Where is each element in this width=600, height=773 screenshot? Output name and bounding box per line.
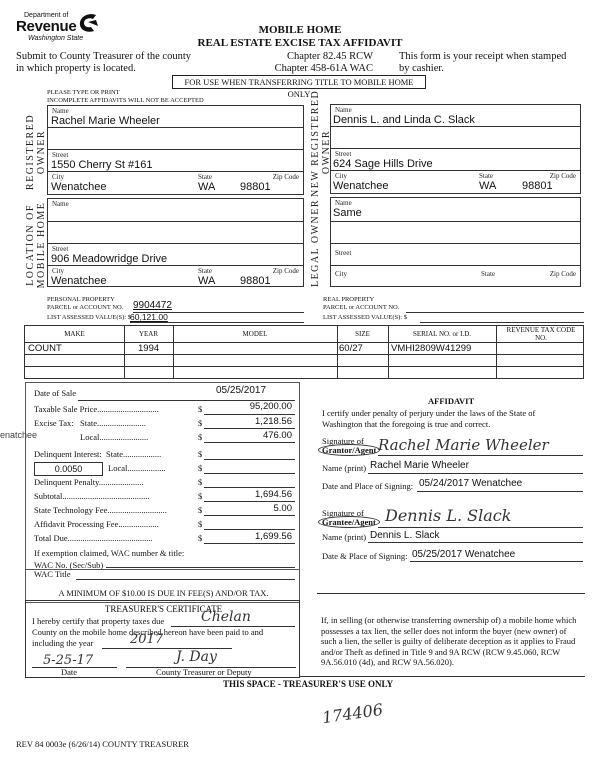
dollar-sign: $ (198, 491, 202, 501)
exemption-label: If exemption claimed, WAC number & title… (34, 548, 184, 558)
total-due-label: Total Due...............................… (34, 533, 153, 543)
please-type-note: PLEASE TYPE OR PRINT (47, 89, 120, 96)
grantee-name-print-label: Name (print) (322, 532, 366, 542)
stray-overlay-text: enatchee (0, 430, 37, 440)
excise-local-field[interactable]: 476.00 (263, 430, 292, 441)
col-serial: SERIAL NO. or I.D. (388, 330, 496, 338)
lien-notice: If, in selling (or otherwise transferrin… (321, 615, 583, 668)
grantor-agent-label: Grantor/Agent (318, 445, 380, 455)
transfer-notice-box: FOR USE WHEN TRANSFERRING TITLE TO MOBIL… (172, 75, 426, 89)
treasurer-county-field[interactable]: Chelan (201, 609, 251, 625)
col-revenue-code: REVENUE TAX CODE NO. (503, 326, 579, 342)
tech-fee-label: State Technology Fee....................… (34, 505, 167, 515)
location-city-field[interactable]: Wenatchee (51, 275, 106, 287)
cell-serial[interactable]: VMHI2809W41299 (391, 343, 471, 354)
handwritten-number: 174406 (321, 700, 384, 727)
real-assessed-field[interactable] (420, 322, 584, 323)
zip-label: Zip Code (273, 173, 299, 181)
treasurer-use-only-heading: THIS SPACE - TREASURER'S USE ONLY (223, 679, 393, 689)
new-owner-city-field[interactable]: Wenatchee (333, 180, 388, 192)
registered-owner-state-field[interactable]: WA (198, 181, 215, 193)
city-label: City (52, 267, 64, 275)
registered-owner-label: REGISTEREDOWNER (25, 107, 49, 197)
delinquent-interest-state-field[interactable] (204, 459, 295, 460)
legal-owner-label: LEGAL OWNER (310, 198, 322, 288)
subtotal-label: Subtotal................................… (34, 491, 149, 501)
grantor-date-field[interactable]: 05/24/2017 Wenatchee (419, 478, 522, 489)
dollar-sign: $ (198, 519, 202, 529)
receipt-note-2: by cashier. (399, 63, 444, 74)
col-size: SIZE (337, 330, 388, 338)
name-label: Name (52, 200, 69, 208)
location-label: LOCATION OFMOBILE HOME (25, 200, 49, 290)
name-label: Name (335, 199, 352, 207)
wac-title-field[interactable] (76, 579, 295, 580)
grantor-name-print-field[interactable]: Rachel Marie Wheeler (370, 460, 469, 471)
grantee-date-field[interactable]: 05/25/2017 Wenatchee (412, 549, 515, 560)
grantee-agent-label: Grantee/Agent (318, 517, 380, 527)
personal-property-title: PERSONAL PROPERTY (47, 296, 115, 303)
date-of-sale-field[interactable]: 05/25/2017 (216, 385, 266, 396)
incomplete-note: INCOMPLETE AFFIDAVITS WILL NOT BE ACCEPT… (47, 97, 204, 104)
excise-state-label: Excise Tax: State....................... (34, 418, 146, 428)
minimum-due-notice: A MINIMUM OF $10.00 IS DUE IN FEE(S) AND… (26, 588, 301, 598)
treasurer-line1: I hereby certify that property taxes due (32, 616, 164, 626)
taxable-sale-price-label: Taxable Sale Price......................… (34, 404, 159, 414)
new-owner-zip-field[interactable]: 98801 (522, 180, 553, 192)
treasurer-date-label: Date (61, 667, 77, 677)
wac-continuation-box: WAC Title A MINIMUM OF $10.00 IS DUE IN … (25, 568, 300, 603)
real-parcel-label: PARCEL or ACCOUNT NO. (323, 304, 399, 311)
treasurer-line3: including the year (32, 638, 93, 648)
excise-local-label: Local....................... (80, 432, 148, 442)
legal-owner-name-field[interactable]: Same (333, 207, 362, 219)
street-label: Street (335, 150, 351, 158)
grantee-date-label: Date & Place of Signing: (322, 551, 407, 561)
zip-label: Zip Code (273, 267, 299, 275)
real-assessed-label: LIST ASSESSED VALUE(S): $ (323, 314, 407, 321)
tech-fee-field[interactable]: 5.00 (274, 503, 293, 514)
zip-label: Zip Code (550, 270, 576, 278)
location-street-field[interactable]: 906 Meadowridge Drive (51, 253, 167, 265)
col-make: MAKE (25, 330, 124, 338)
treasurer-date-field[interactable]: 5-25-17 (43, 653, 93, 668)
chapter-wac: Chapter 458-61A WAC (238, 63, 373, 74)
chapter-rcw: Chapter 82.45 RCW (238, 51, 373, 62)
delinquent-interest-local-field[interactable] (204, 473, 295, 474)
name-label: Name (335, 106, 352, 114)
taxable-sale-price-field[interactable]: 95,200.00 (250, 401, 292, 412)
delinquent-interest-state-label: Delinquent Interest: State..............… (34, 449, 161, 459)
receipt-note-1: This form is your receipt when stamped (399, 51, 566, 62)
col-model: MODEL (173, 330, 337, 338)
registered-owner-city-field[interactable]: Wenatchee (51, 181, 106, 193)
dollar-sign: $ (198, 533, 202, 543)
street-label: Street (52, 245, 68, 253)
personal-assessed-label: LIST ASSESSED VALUE(S): $ (47, 314, 131, 321)
grantor-date-label: Date and Place of Signing: (322, 481, 413, 491)
state-label: State (481, 270, 495, 278)
grantee-name-print-field[interactable]: Dennis L. Slack (370, 530, 439, 541)
excise-state-field[interactable]: 1,218.56 (255, 416, 292, 427)
location-zip-field[interactable]: 98801 (240, 275, 271, 287)
new-owner-street-field[interactable]: 624 Sage Hills Drive (333, 158, 433, 170)
zip-label: Zip Code (550, 172, 576, 180)
street-label: Street (335, 249, 351, 257)
treasurer-year-field[interactable]: 2017 (130, 632, 163, 647)
dollar-sign: $ (198, 432, 202, 442)
processing-fee-label: Affidavit Processing Fee................… (34, 519, 159, 529)
wac-title-label: WAC Title (34, 569, 71, 579)
treasurer-signer-label: County Treasurer or Deputy (156, 667, 252, 677)
treasurers-certificate-box: TREASURER'S CERTIFICATE I hereby certify… (25, 600, 300, 678)
form-title-line2: REAL ESTATE EXCISE TAX AFFIDAVIT (0, 37, 600, 49)
grantee-signature[interactable]: Dennis L. Slack (385, 506, 511, 525)
dollar-sign: $ (198, 418, 202, 428)
dollar-sign: $ (198, 477, 202, 487)
submit-instructions-1: Submit to County Treasurer of the county (16, 51, 191, 62)
wac-no-field[interactable] (106, 567, 295, 568)
cell-year[interactable]: 1994 (138, 343, 159, 354)
cell-size[interactable]: 60/27 (339, 343, 363, 354)
new-owner-state-field[interactable]: WA (479, 180, 496, 192)
new-owner-name-field[interactable]: Dennis L. and Linda C. Slack (333, 114, 475, 126)
real-parcel-field[interactable] (406, 312, 584, 313)
dollar-sign: $ (198, 463, 202, 473)
location-box: Name Street 906 Meadowridge Drive City W… (47, 198, 304, 287)
personal-assessed-field[interactable]: 60,121.00 (130, 312, 168, 322)
new-registered-owner-box: Name Dennis L. and Linda C. Slack Street… (330, 104, 581, 194)
city-label: City (335, 270, 347, 278)
dollar-sign: $ (198, 505, 202, 515)
registered-owner-zip-field[interactable]: 98801 (240, 181, 271, 193)
real-property-title: REAL PROPERTY (323, 296, 374, 303)
col-year: YEAR (124, 330, 173, 338)
tax-calculation-box: Date of Sale 05/25/2017 Taxable Sale Pri… (25, 382, 300, 570)
submit-instructions-2: in which property is located. (16, 63, 136, 74)
grantor-signature[interactable]: Rachel Marie Wheeler (378, 436, 549, 454)
total-due-field[interactable]: 1,699.56 (255, 531, 292, 542)
form-footer: REV 84 0003e (6/26/14) COUNTY TREASURER (16, 739, 189, 749)
state-label: State (198, 267, 212, 275)
state-label: State (198, 173, 212, 181)
city-label: City (52, 173, 64, 181)
subtotal-field[interactable]: 1,694.56 (255, 489, 292, 500)
cell-make[interactable]: COUNT (28, 343, 62, 354)
local-rate-field[interactable]: 0.0050 (34, 462, 103, 476)
affidavit-certify-2: Washington that the foregoing is true an… (322, 419, 490, 429)
personal-parcel-label: PARCEL or ACCOUNT NO. (47, 304, 123, 311)
name-label: Name (52, 107, 69, 115)
dollar-sign: $ (198, 449, 202, 459)
home-description-table: MAKE YEAR MODEL SIZE SERIAL NO. or I.D. … (24, 325, 584, 379)
delinquent-penalty-field[interactable] (204, 487, 295, 488)
affidavit-title: AFFIDAVIT (428, 396, 474, 406)
date-of-sale-label: Date of Sale (34, 388, 76, 398)
treasurer-title: TREASURER'S CERTIFICATE (26, 604, 301, 614)
personal-parcel-field[interactable]: 9904472 (133, 300, 172, 311)
grantor-name-print-label: Name (print) (322, 463, 366, 473)
delinquent-interest-local-label: Local.................. (108, 463, 166, 473)
treasurer-signature[interactable]: J. Day (176, 649, 217, 665)
registered-owner-box: Name Rachel Marie Wheeler Street 1550 Ch… (47, 105, 304, 195)
registered-owner-street-field[interactable]: 1550 Cherry St #161 (51, 159, 153, 171)
city-label: City (335, 172, 347, 180)
affidavit-certify-1: I certify under penalty of perjury under… (322, 408, 535, 418)
registered-owner-name-field[interactable]: Rachel Marie Wheeler (51, 115, 160, 127)
location-state-field[interactable]: WA (198, 275, 215, 287)
form-title-line1: MOBILE HOME (0, 24, 600, 36)
street-label: Street (52, 151, 68, 159)
legal-owner-box: Name Same Street City State Zip Code (330, 197, 581, 287)
state-label: State (479, 172, 493, 180)
dollar-sign: $ (198, 404, 202, 414)
table-row: COUNT 1994 60/27 VMHI2809W41299 (25, 343, 585, 354)
processing-fee-field[interactable] (204, 529, 295, 530)
delinquent-penalty-label: Delinquent Penalty..................... (34, 477, 143, 487)
